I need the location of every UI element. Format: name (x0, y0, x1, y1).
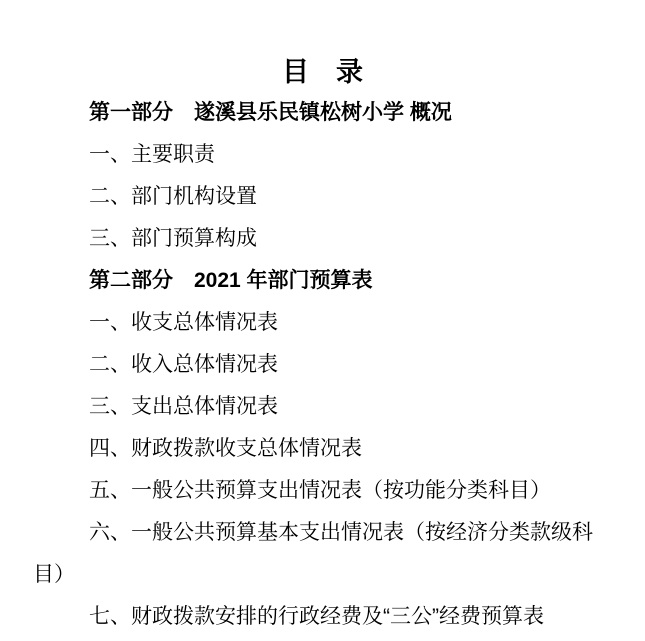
toc-entry: 六、一般公共预算基本支出情况表（按经济分类款级科目） (33, 512, 609, 596)
table-of-contents: 第一部分 遂溪县乐民镇松树小学 概况一、主要职责二、部门机构设置三、部门预算构成… (33, 92, 609, 638)
toc-entry: 五、一般公共预算支出情况表（按功能分类科目） (33, 470, 609, 512)
toc-entry: 一、主要职责 (33, 134, 609, 176)
document-page: 目 录 第一部分 遂溪县乐民镇松树小学 概况一、主要职责二、部门机构设置三、部门… (0, 0, 645, 641)
toc-entry: 四、财政拨款收支总体情况表 (33, 428, 609, 470)
toc-entry: 三、部门预算构成 (33, 218, 609, 260)
toc-entry: 三、支出总体情况表 (33, 386, 609, 428)
toc-entry: 二、收入总体情况表 (33, 344, 609, 386)
toc-section-heading: 第二部分 2021 年部门预算表 (33, 260, 609, 302)
toc-entry: 一、收支总体情况表 (33, 302, 609, 344)
toc-entry: 二、部门机构设置 (33, 176, 609, 218)
toc-section-heading: 第一部分 遂溪县乐民镇松树小学 概况 (33, 92, 609, 134)
toc-entry: 七、财政拨款安排的行政经费及“三公”经费预算表 (33, 596, 609, 638)
page-title: 目 录 (0, 54, 645, 90)
